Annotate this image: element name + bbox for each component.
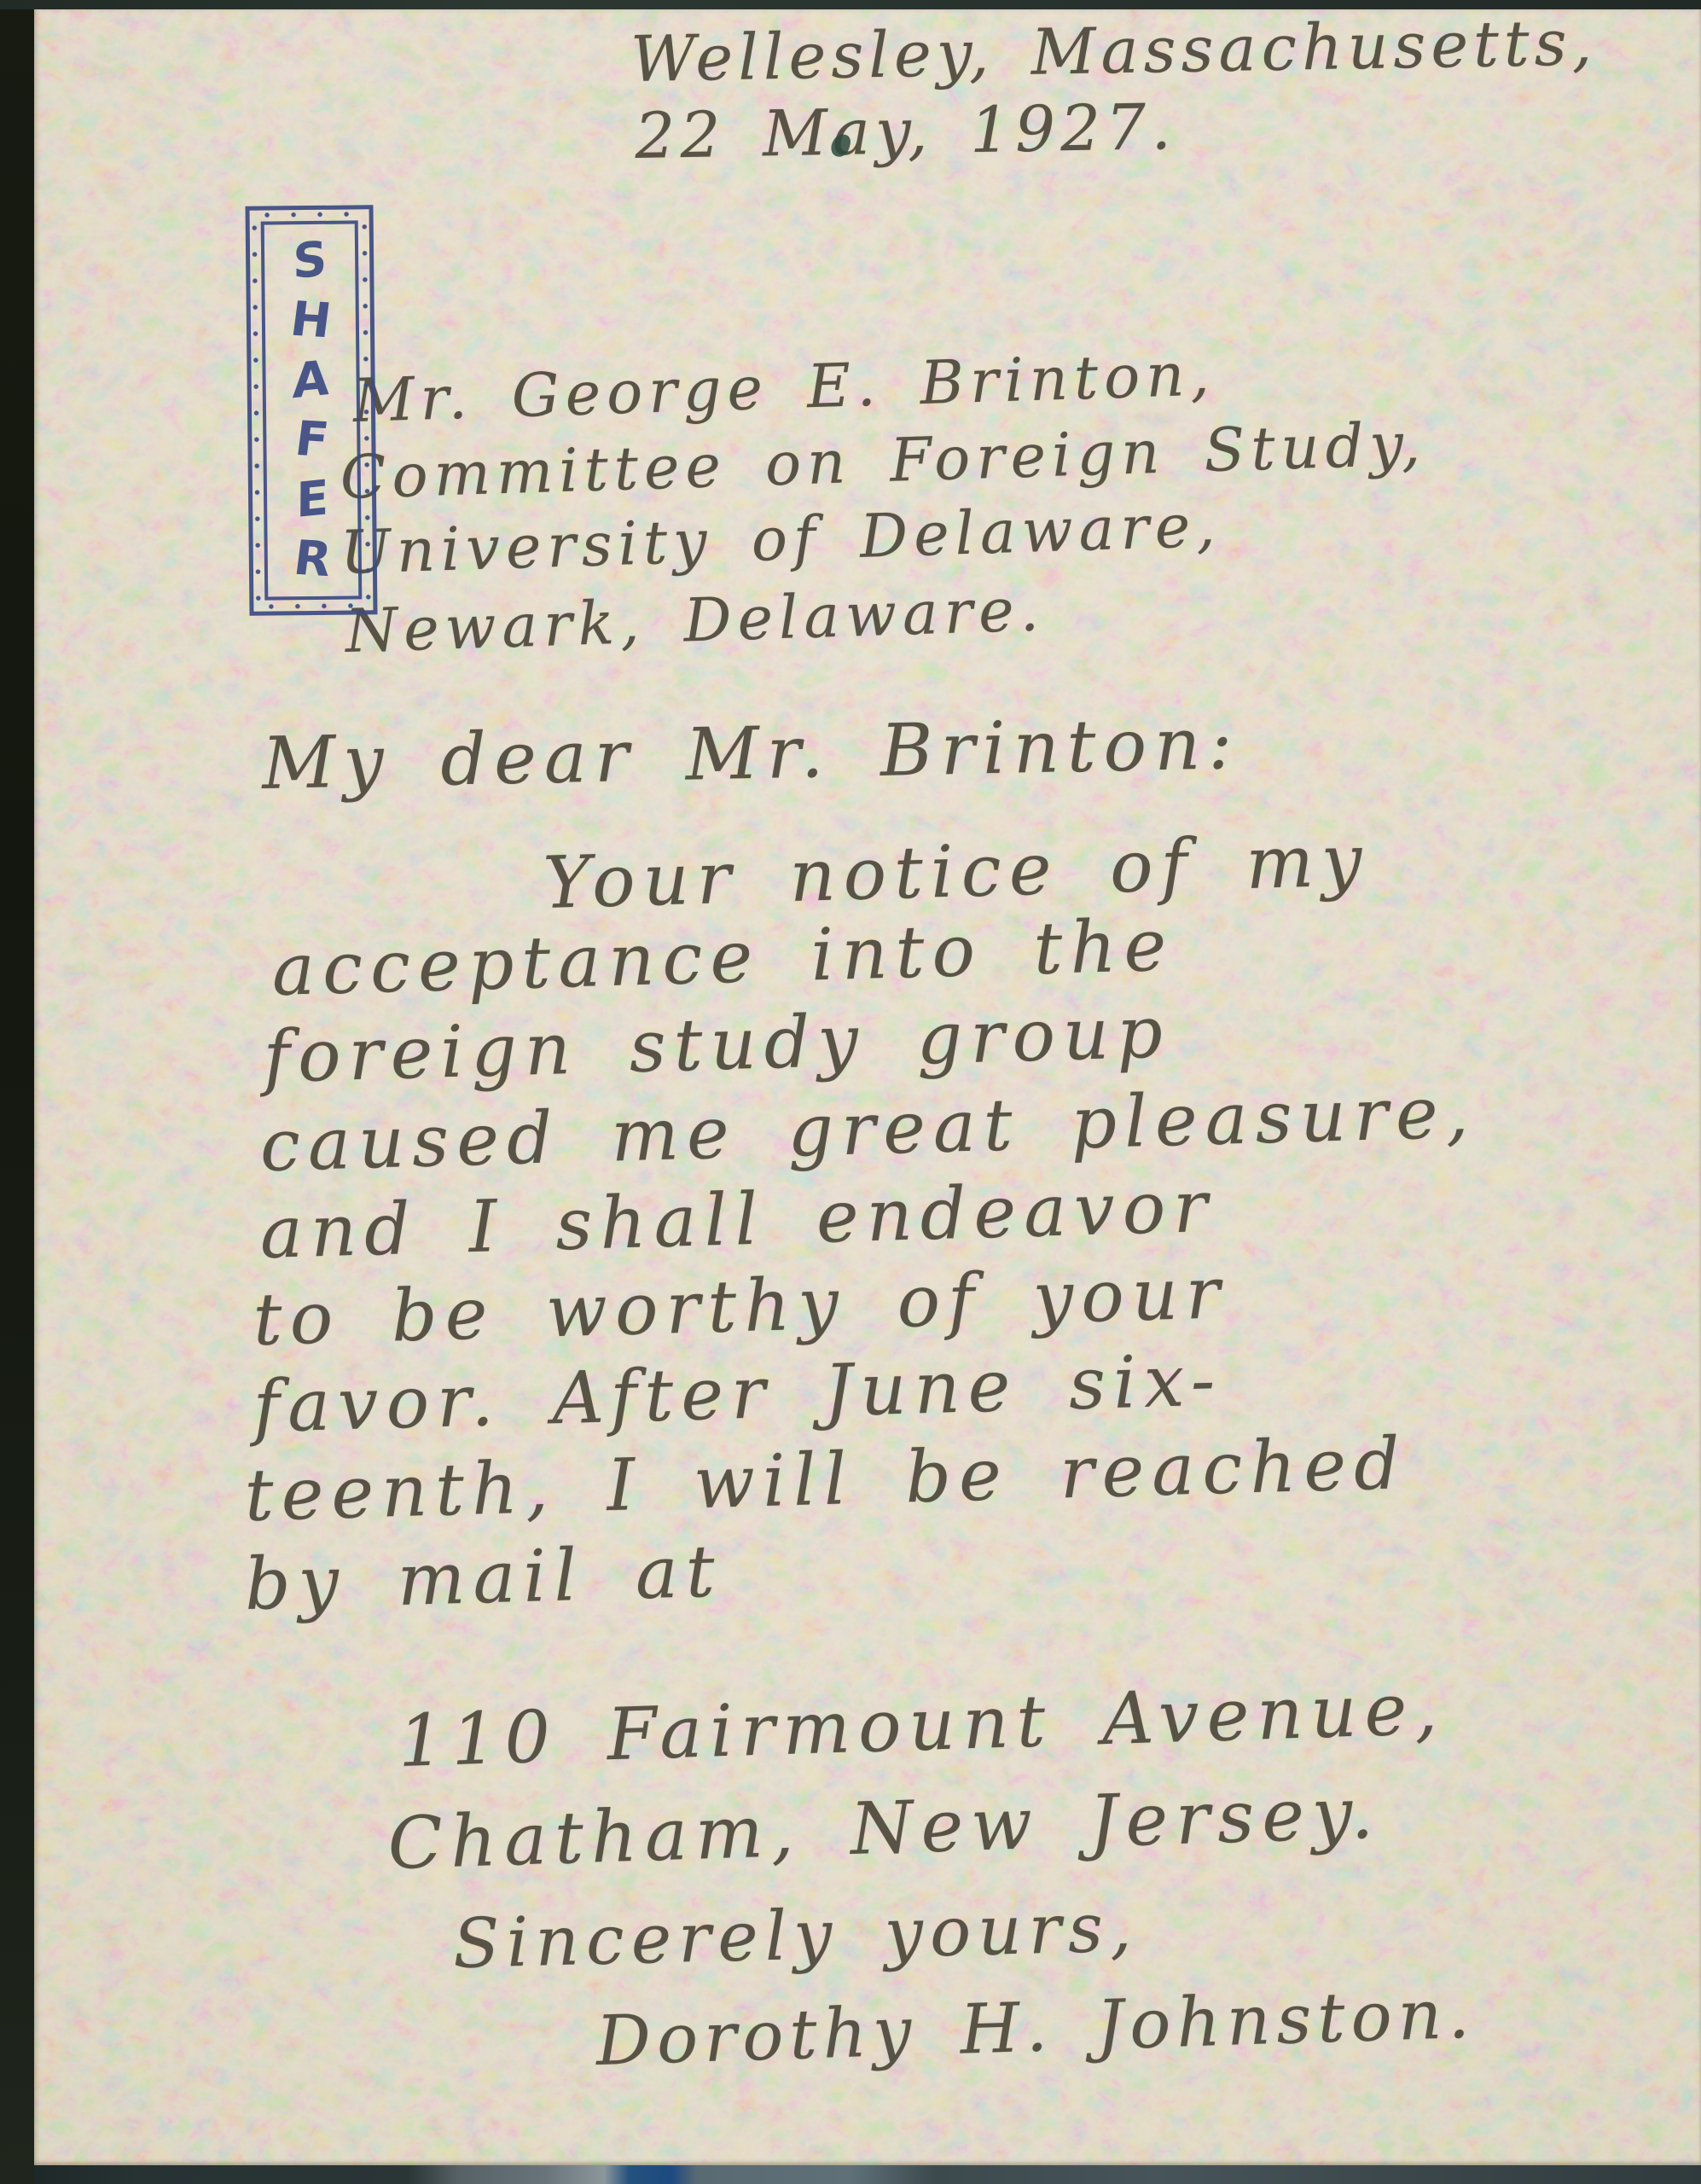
body-line-1: Your notice of my <box>543 824 1371 919</box>
recipient-city-line: Newark, Delaware. <box>345 579 1046 661</box>
stamp-letter: E <box>296 474 328 526</box>
stamp-letter: H <box>287 296 334 346</box>
forwarding-address-line-1: 110 Fairmount Avenue, <box>397 1672 1446 1777</box>
heading-place-line: Wellesley, Massachusetts, <box>630 11 1598 91</box>
stamp-dots-bottom <box>258 601 369 610</box>
signature-line: Dorothy H. Johnston. <box>595 1980 1476 2076</box>
body-line-5: and I shall endeavor <box>259 1170 1216 1269</box>
body-line-9: by mail at <box>244 1535 723 1620</box>
recipient-name-line: Mr. George E. Brinton, <box>352 344 1216 431</box>
stamp-letter: S <box>293 235 328 287</box>
photo-of-letter: Wellesley, Massachusetts, 22 May, 1927. … <box>0 0 1701 2184</box>
forwarding-address-line-2: Chatham, New Jersey. <box>386 1776 1382 1879</box>
salutation-line: My dear Mr. Brinton: <box>261 707 1240 799</box>
body-line-3: foreign study group <box>263 996 1171 1093</box>
stamp-letter: R <box>292 535 334 584</box>
stamp-dots-right <box>361 213 373 606</box>
photo-left-margin <box>0 0 34 2184</box>
stamp-dots-top <box>254 210 365 218</box>
stamp-letter: A <box>293 355 330 407</box>
closing-line: Sincerely yours, <box>452 1893 1139 1978</box>
stamp-inner-frame: S H A F E R <box>261 220 363 600</box>
heading-date-line: 22 May, 1927. <box>635 96 1177 168</box>
body-line-6: to be worthy of your <box>253 1257 1228 1356</box>
body-line-7: favor. After June six- <box>253 1344 1224 1443</box>
body-line-2: acceptance into the <box>271 909 1176 1006</box>
letter-sheet: Wellesley, Massachusetts, 22 May, 1927. … <box>34 9 1701 2165</box>
shafer-monogram-stamp: S H A F E R <box>245 205 377 616</box>
stamp-letter: F <box>293 415 331 465</box>
